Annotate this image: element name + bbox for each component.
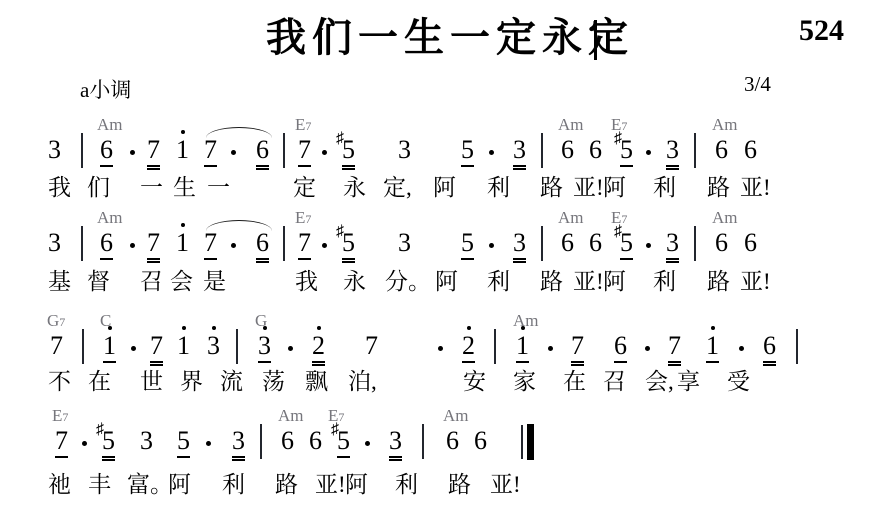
lyric-char: 召	[603, 369, 626, 394]
note: 3	[666, 137, 679, 167]
lyric-char: 家	[513, 369, 536, 394]
note: E7♯5	[614, 230, 633, 260]
song-title: 我们一生一定永定	[266, 16, 634, 60]
lyric-char: 安	[463, 369, 486, 394]
note: 5	[461, 230, 474, 260]
barline	[283, 133, 285, 168]
rhythm-dot	[288, 346, 293, 351]
rhythm-dot	[489, 243, 494, 248]
note: 3	[398, 230, 411, 258]
octave-dot	[521, 326, 525, 330]
lyric-char: 路	[275, 472, 298, 497]
rhythm-dot	[646, 150, 651, 155]
barline	[236, 329, 238, 364]
rhythm-dot	[645, 346, 650, 351]
barline	[260, 424, 262, 459]
note: 3	[398, 137, 411, 165]
note: 3	[666, 230, 679, 260]
lyric-char: 荡	[262, 369, 285, 394]
lyric-char: 亚!	[573, 269, 604, 294]
lyric-char: 飘	[305, 369, 328, 394]
barline	[694, 226, 696, 261]
octave-dot	[263, 326, 267, 330]
rhythm-dot	[82, 441, 87, 446]
note-number: 7	[298, 230, 311, 260]
barline	[283, 226, 285, 261]
note-number: 6	[309, 428, 322, 456]
note: 2	[312, 333, 325, 363]
note-number: 5	[102, 428, 115, 458]
barline	[82, 329, 84, 364]
lyric-char: 亚!	[740, 175, 771, 200]
note: 2	[462, 333, 475, 363]
lyric-char: 在	[88, 369, 111, 394]
note-number: 5	[342, 137, 355, 167]
note: Am6	[446, 428, 459, 456]
lyric-char: 路	[707, 175, 730, 200]
rhythm-dot	[438, 346, 443, 351]
lyric-char: 会,	[645, 369, 674, 394]
note: 3	[389, 428, 402, 458]
lyric-char: 亚!	[315, 472, 346, 497]
rhythm-dot	[322, 243, 327, 248]
note: E7♯5	[331, 428, 350, 458]
chord-label: Am	[443, 408, 469, 424]
lyric-char: 永	[343, 269, 366, 294]
note-number: 1	[176, 230, 189, 258]
chord-label: E7	[52, 408, 68, 425]
note-number: 7	[147, 137, 160, 167]
lyric-char: 分。	[385, 269, 431, 294]
note: ♯5	[336, 137, 355, 167]
note-number: 3	[389, 428, 402, 458]
rhythm-dot	[739, 346, 744, 351]
note: 5	[177, 428, 190, 458]
lyric-char: 泊,	[348, 369, 377, 394]
note-number: 6	[474, 428, 487, 456]
note-number: 3	[48, 230, 61, 258]
note-number: 6	[614, 333, 627, 363]
note: 7	[204, 137, 217, 167]
lyric-char: 们	[87, 175, 110, 200]
rhythm-dot	[206, 441, 211, 446]
note-number: 6	[744, 230, 757, 258]
note-number: 1	[177, 333, 190, 361]
octave-dot	[212, 326, 216, 330]
lyric-char: 利	[222, 472, 245, 497]
note: Am6	[715, 230, 728, 258]
lyric-char: 利	[653, 175, 676, 200]
note-number: 3	[140, 428, 153, 456]
note: ♯5	[336, 230, 355, 260]
note-number: 6	[256, 137, 269, 167]
note: E77	[298, 230, 311, 260]
note: 7	[147, 230, 160, 260]
note-number: 5	[177, 428, 190, 458]
chord-label: Am	[712, 210, 738, 226]
note: Am6	[561, 230, 574, 258]
octave-dot	[317, 326, 321, 330]
note: 3	[48, 230, 61, 258]
note-number: 3	[666, 230, 679, 260]
note: 6	[589, 137, 602, 165]
note-number: 3	[207, 333, 220, 361]
lyric-char: 我	[295, 269, 318, 294]
lyric-char: 不	[48, 369, 71, 394]
note: E77	[298, 137, 311, 167]
lyric-char: 亚!	[490, 472, 521, 497]
note-number: 6	[561, 230, 574, 258]
note: 6	[614, 333, 627, 363]
note: 6	[474, 428, 487, 456]
note: G77	[50, 333, 63, 361]
note: 7	[668, 333, 681, 363]
note: Am6	[281, 428, 294, 456]
note-number: 7	[204, 230, 217, 260]
note-number: 7	[147, 230, 160, 260]
note: Am1	[516, 333, 529, 363]
note-number: 7	[571, 333, 584, 363]
octave-dot	[181, 130, 185, 134]
lyric-char: 永	[343, 175, 366, 200]
lyric-char: 享	[677, 369, 700, 394]
note: C1	[103, 333, 116, 363]
chord-label: E7	[295, 210, 311, 227]
lyric-char: 阿	[168, 472, 191, 497]
lyric-char: 督	[87, 269, 110, 294]
note: 5	[461, 137, 474, 167]
note-number: 5	[337, 428, 350, 458]
note: 3	[48, 137, 61, 165]
chord-label: Am	[558, 117, 584, 133]
note-number: 7	[50, 333, 63, 361]
lyric-char: 定,	[383, 175, 412, 200]
note-number: 6	[715, 137, 728, 165]
time-signature: 3/4	[744, 72, 771, 97]
lyric-char: 定	[293, 175, 316, 200]
lyric-char: 是	[203, 269, 226, 294]
text-cursor-icon	[594, 20, 597, 60]
lyric-char: 阿	[435, 269, 458, 294]
note: 1	[177, 333, 190, 361]
note: 6	[744, 137, 757, 165]
final-barline	[521, 424, 535, 460]
rhythm-dot	[231, 243, 236, 248]
note: 1	[176, 137, 189, 165]
lyric-char: 祂	[48, 472, 71, 497]
note-number: 3	[398, 230, 411, 258]
note: G3	[258, 333, 271, 363]
note: 3	[232, 428, 245, 458]
barline	[494, 329, 496, 364]
barline	[81, 226, 83, 261]
lyric-char: 在	[563, 369, 586, 394]
note: 6	[256, 230, 269, 260]
note: Am6	[100, 230, 113, 260]
lyric-char: 富。	[127, 472, 173, 497]
chord-label: Am	[558, 210, 584, 226]
note-number: 2	[312, 333, 325, 363]
barline	[81, 133, 83, 168]
note: 1	[706, 333, 719, 363]
note-number: 5	[461, 137, 474, 167]
lyric-char: 亚!	[573, 175, 604, 200]
lyric-char: 路	[540, 175, 563, 200]
note-number: 3	[666, 137, 679, 167]
note-number: 7	[55, 428, 68, 458]
rhythm-dot	[322, 150, 327, 155]
barline	[422, 424, 424, 459]
note: 3	[513, 230, 526, 260]
lyric-char: 生	[173, 175, 196, 200]
octave-dot	[182, 326, 186, 330]
lyric-char: 阿	[603, 269, 626, 294]
note-number: 6	[100, 137, 113, 167]
lyric-char: 路	[448, 472, 471, 497]
note-number: 6	[763, 333, 776, 363]
note-number: 6	[100, 230, 113, 260]
note-number: 6	[744, 137, 757, 165]
octave-dot	[108, 326, 112, 330]
key-label: a小调	[80, 74, 131, 104]
lyric-char: 会	[170, 269, 193, 294]
note-number: 5	[620, 230, 633, 260]
note-number: 1	[706, 333, 719, 363]
note: Am6	[561, 137, 574, 165]
note-number: 6	[589, 137, 602, 165]
note: E7♯5	[614, 137, 633, 167]
lyric-char: 丰	[88, 472, 111, 497]
lyric-char: 亚!	[740, 269, 771, 294]
note-number: 2	[462, 333, 475, 363]
chord-label: Am	[712, 117, 738, 133]
note: 7	[204, 230, 217, 260]
rhythm-dot	[365, 441, 370, 446]
note: 7	[147, 137, 160, 167]
lyric-char: 利	[653, 269, 676, 294]
note-number: 6	[715, 230, 728, 258]
lyric-char: 路	[707, 269, 730, 294]
note-number: 6	[589, 230, 602, 258]
note-number: 3	[258, 333, 271, 363]
lyric-char: 路	[540, 269, 563, 294]
note-number: 6	[561, 137, 574, 165]
lyric-char: 界	[180, 369, 203, 394]
lyric-char: 基	[48, 269, 71, 294]
score-canvas: 我们一生一定永定 524 a小调 3/4 3Am67176E77♯5353Am6…	[0, 0, 871, 531]
note-number: 3	[513, 137, 526, 167]
note: Am6	[100, 137, 113, 167]
note-number: 6	[281, 428, 294, 456]
lyric-char: 受	[727, 369, 750, 394]
rhythm-dot	[131, 346, 136, 351]
lyric-char: 利	[395, 472, 418, 497]
lyric-char: 利	[487, 269, 510, 294]
note: 1	[176, 230, 189, 258]
note: 6	[309, 428, 322, 456]
note: 3	[513, 137, 526, 167]
chord-label: E7	[295, 117, 311, 134]
chord-label: Am	[97, 117, 123, 133]
rhythm-dot	[231, 150, 236, 155]
note-number: 1	[176, 137, 189, 165]
rhythm-dot	[548, 346, 553, 351]
note: E77	[55, 428, 68, 458]
lyric-char: 召	[140, 269, 163, 294]
rhythm-dot	[130, 243, 135, 248]
rhythm-dot	[130, 150, 135, 155]
note-number: 6	[256, 230, 269, 260]
barline	[541, 226, 543, 261]
note-number: 7	[204, 137, 217, 167]
lyric-char: 流	[220, 369, 243, 394]
note: ♯5	[96, 428, 115, 458]
barline	[694, 133, 696, 168]
note: 6	[589, 230, 602, 258]
lyric-char: 一	[207, 175, 230, 200]
note: 7	[571, 333, 584, 363]
lyric-char: 阿	[345, 472, 368, 497]
rhythm-dot	[489, 150, 494, 155]
note: 3	[207, 333, 220, 361]
note-number: 7	[298, 137, 311, 167]
note-number: 6	[446, 428, 459, 456]
note: Am6	[715, 137, 728, 165]
chord-label: Am	[278, 408, 304, 424]
octave-dot	[467, 326, 471, 330]
note-number: 5	[461, 230, 474, 260]
note-number: 7	[365, 333, 378, 361]
lyric-char: 利	[487, 175, 510, 200]
note-number: 3	[513, 230, 526, 260]
chord-label: Am	[513, 313, 539, 329]
barline	[796, 329, 798, 364]
lyric-char: 一	[140, 175, 163, 200]
note-number: 1	[103, 333, 116, 363]
octave-dot	[711, 326, 715, 330]
note: 6	[256, 137, 269, 167]
note: 3	[140, 428, 153, 456]
note-number: 5	[342, 230, 355, 260]
note-number: 7	[668, 333, 681, 363]
note-number: 3	[398, 137, 411, 165]
chord-label: Am	[97, 210, 123, 226]
lyric-char: 我	[48, 175, 71, 200]
note: 7	[365, 333, 378, 361]
note: 6	[763, 333, 776, 363]
octave-dot	[181, 223, 185, 227]
barline	[541, 133, 543, 168]
hymn-number: 524	[799, 14, 844, 48]
note-number: 1	[516, 333, 529, 363]
rhythm-dot	[646, 243, 651, 248]
lyric-char: 阿	[433, 175, 456, 200]
note: 7	[150, 333, 163, 363]
lyric-char: 世	[140, 369, 163, 394]
note-number: 3	[48, 137, 61, 165]
chord-label: G7	[47, 313, 65, 330]
note-number: 5	[620, 137, 633, 167]
note-number: 3	[232, 428, 245, 458]
note: 6	[744, 230, 757, 258]
note-number: 7	[150, 333, 163, 363]
lyric-char: 阿	[603, 175, 626, 200]
